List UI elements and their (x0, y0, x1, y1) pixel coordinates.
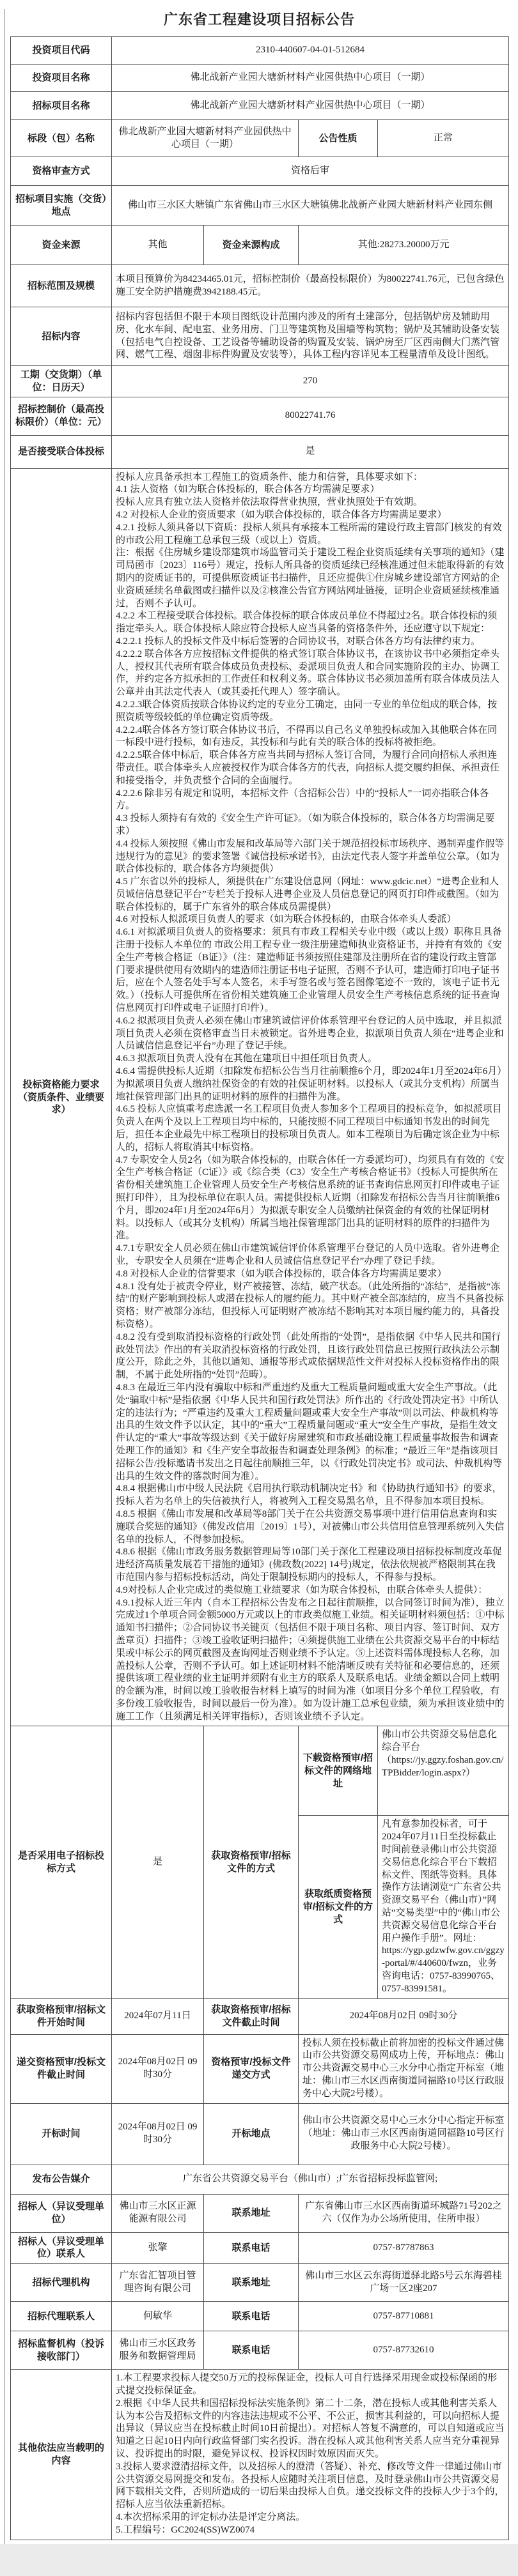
bid-opening-time-value: 2024年08月02日 09时30分 (112, 2103, 204, 2165)
row-tender-name: 招标项目名称 佛北战新产业园大塘新材料产业园供热中心项目（一期） (11, 92, 509, 120)
field-value: 1.本工程要求投标人提交50万元的投标保证金，投标人可自行选择采用现金或投标保函… (112, 2370, 509, 2540)
row-other-content: 其他依法应当载明的内容 1.本工程要求投标人提交50万元的投标保证金，投标人可自… (11, 2370, 509, 2540)
obtain-start-value: 2024年07月11日 (112, 1998, 204, 2034)
field-value: 佛北战新产业园大塘新材料产业园供热中心项目（一期） (112, 65, 509, 92)
row-project-code: 投资项目代码 2310-440607-04-01-512684 (11, 37, 509, 65)
field-label: 招标人（异议受理单位）联系人 (11, 2232, 112, 2264)
field-value: 2310-440607-04-01-512684 (112, 37, 509, 65)
paper-method-label: 获取纸质资格预审/招标文件的方式 (299, 1816, 378, 1998)
agency-phone-value: 0757-87710881 (299, 2302, 509, 2331)
field-value: 招标内容包括但不限于本项目图纸设计范围内涉及的所有土建部分，包括锅炉房及辅助用房… (112, 307, 509, 366)
field-label: 开标时间 (11, 2103, 112, 2165)
field-label: 获取资格预审/招标文件开始时间 (11, 1998, 112, 2034)
row-qualification-requirements: 投标资格能力要求（资质条件、业绩要求） 投标人应具备承担本工程施工的资质条件、能… (11, 468, 509, 1726)
field-value: 广东省公共资源交易平台（佛山市）;广东省招标投标监管网; (112, 2165, 509, 2194)
field-label: 投资项目代码 (11, 37, 112, 65)
field-value: 270 (112, 366, 509, 397)
bid-opening-place-value: 佛山市公共资源交易中心三水分中心指定开标室（地址：佛山市三水区西南街道同福路10… (299, 2103, 509, 2165)
page-title: 广东省工程建设项目招标公告 (10, 9, 508, 29)
agency-contact-name: 何敏华 (112, 2302, 204, 2331)
bid-opening-place-label: 开标地点 (204, 2103, 299, 2165)
supervision-phone-value: 0757-87732610 (299, 2331, 509, 2370)
field-value: 80022741.76 (112, 397, 509, 435)
e-bidding-value: 是 (112, 1726, 204, 1998)
field-label: 投资项目名称 (11, 65, 112, 92)
row-location: 招标项目实施（交货）地点 佛山市三水区大塘镇广东省佛山市三水区大塘镇佛北战新产业… (11, 186, 509, 226)
field-label: 招标人（异议受理单位） (11, 2194, 112, 2232)
field-value: 是 (112, 435, 509, 468)
field-label: 是否采用电子招标投标方式 (11, 1726, 112, 1998)
row-agency-contact: 招标代理联系人 何敏华 联系电话 0757-87710881 (11, 2302, 509, 2331)
row-consortium: 是否接受联合体投标 是 (11, 435, 509, 468)
row-content: 招标内容 招标内容包括但不限于本项目图纸设计范围内涉及的所有土建部分，包括锅炉房… (11, 307, 509, 366)
field-label: 招标内容 (11, 307, 112, 366)
obtain-deadline-value: 2024年08月02日 09时30分 (299, 1998, 509, 2034)
field-value: 佛山市三水区大塘镇广东省佛山市三水区大塘镇佛北战新产业园大塘新材料产业园东侧 (112, 186, 509, 226)
row-investment-name: 投资项目名称 佛北战新产业园大塘新材料产业园供热中心项目（一期） (11, 65, 509, 92)
field-label: 招标代理机构 (11, 2264, 112, 2302)
field-label: 招标项目名称 (11, 92, 112, 120)
tenderer-phone-label: 联系电话 (204, 2232, 299, 2264)
funding-composition-label: 资金来源构成 (204, 226, 299, 265)
row-section-name: 标段（包）名称 佛北战新产业园大塘新材料产业园供热中心项目（一期） 公告性质 正… (11, 120, 509, 157)
field-label: 招标监督机构（投诉接收部门） (11, 2331, 112, 2370)
field-value: 资格后审 (112, 157, 509, 186)
field-label: 招标控制价（最高投标限价）（单位：元） (11, 397, 112, 435)
agency-phone-label: 联系电话 (204, 2302, 299, 2331)
field-label: 发布公告媒介 (11, 2165, 112, 2194)
field-label: 招标代理联系人 (11, 2302, 112, 2331)
supervision-phone-label: 联系电话 (204, 2331, 299, 2370)
announcement-table: 投资项目代码 2310-440607-04-01-512684 投资项目名称 佛… (10, 36, 509, 2540)
field-label: 标段（包）名称 (11, 120, 112, 157)
field-label: 资格审查方式 (11, 157, 112, 186)
row-tenderer-contact: 招标人（异议受理单位）联系人 张擎 联系电话 0757-87787863 (11, 2232, 509, 2264)
agency-address-label: 联系地址 (204, 2264, 299, 2302)
announcement-page: 广东省工程建设项目招标公告 投资项目代码 2310-440607-04-01-5… (0, 9, 518, 2576)
page-bottom-strip (0, 2544, 518, 2576)
submission-method-label: 资格预审/投标文件递交方式 (204, 2034, 299, 2103)
row-media: 发布公告媒介 广东省公共资源交易平台（佛山市）;广东省招标投标监管网; (11, 2165, 509, 2194)
paper-method-value: 凡有意参加投标者，可于2024年07月11日至投标截止时间前登录佛山市公共资源交… (378, 1816, 509, 1998)
supervision-name-value: 佛山市三水区政务服务和数据管理局 (112, 2331, 204, 2370)
notice-nature-label: 公告性质 (299, 120, 378, 157)
tenderer-address-value: 广东省佛山市三水区西南街道环城路71号202之六（仅作为办公场所使用，住所申报） (299, 2194, 509, 2232)
field-label: 递交资格预审/投标文件截止时间 (11, 2034, 112, 2103)
tenderer-address-label: 联系地址 (204, 2194, 299, 2232)
tenderer-contact-name: 张擎 (112, 2232, 204, 2264)
row-duration: 工期（交货期）（单位：日历天） 270 (11, 366, 509, 397)
tenderer-name-value: 佛山市三水区正源能源有限公司 (112, 2194, 204, 2232)
field-label: 工期（交货期）（单位：日历天） (11, 366, 112, 397)
row-control-price: 招标控制价（最高投标限价）（单位：元） 80022741.76 (11, 397, 509, 435)
field-label: 其他依法应当载明的内容 (11, 2370, 112, 2540)
download-address-label: 下载资格预审/招标文件的网络地址 (299, 1726, 378, 1816)
funding-composition-value: 其他:28273.20000万元 (299, 226, 509, 265)
field-value: 佛北战新产业园大塘新材料产业园供热中心项目（一期） (112, 120, 299, 157)
row-tenderer: 招标人（异议受理单位） 佛山市三水区正源能源有限公司 联系地址 广东省佛山市三水… (11, 2194, 509, 2232)
row-bid-opening: 开标时间 2024年08月02日 09时30分 开标地点 佛山市公共资源交易中心… (11, 2103, 509, 2165)
row-obtain-time: 获取资格预审/招标文件开始时间 2024年07月11日 获取资格预审/招标文件截… (11, 1998, 509, 2034)
field-value: 佛北战新产业园大塘新材料产业园供热中心项目（一期） (112, 92, 509, 120)
field-label: 招标项目实施（交货）地点 (11, 186, 112, 226)
row-e-bidding: 是否采用电子招标投标方式 是 获取资格预审/招标文件的方式 下载资格预审/招标文… (11, 1726, 509, 1816)
download-address-value: 佛山市公共资源交易信息化综合平台 （https://jy.ggzy.foshan… (378, 1726, 509, 1816)
row-agency: 招标代理机构 广东省汇智项目管理咨询有限公司 联系地址 佛山市三水区云东海街道驿… (11, 2264, 509, 2302)
page-left-border (4, 9, 5, 2544)
row-scope: 招标范围及规模 本项目预算价为84234465.01元，招标控制价（最高投标限价… (11, 265, 509, 307)
field-label: 招标范围及规模 (11, 265, 112, 307)
submission-method-value: 投标人须在投标截止前将加密的投标文件通过佛山市公共资源交易网成功上传，开标地点：… (299, 2034, 509, 2103)
row-qualification-review: 资格审查方式 资格后审 (11, 157, 509, 186)
tenderer-phone-value: 0757-87787863 (299, 2232, 509, 2264)
funding-source-value: 其他 (112, 226, 204, 265)
obtain-method-label: 获取资格预审/招标文件的方式 (204, 1726, 299, 1998)
agency-address-value: 佛山市三水区云东海街道驿北路5号云东海碧桂广场一区2座207 (299, 2264, 509, 2302)
row-supervision: 招标监督机构（投诉接收部门） 佛山市三水区政务服务和数据管理局 联系电话 075… (11, 2331, 509, 2370)
submission-deadline-value: 2024年08月02日 09时30分 (112, 2034, 204, 2103)
notice-nature-value: 正常 (378, 120, 509, 157)
field-label: 投标资格能力要求（资质条件、业绩要求） (11, 468, 112, 1726)
field-value: 投标人应具备承担本工程施工的资质条件、能力和信誉，具体要求如下： 4.1 法人资… (112, 468, 509, 1726)
row-submission: 递交资格预审/投标文件截止时间 2024年08月02日 09时30分 资格预审/… (11, 2034, 509, 2103)
field-value: 本项目预算价为84234465.01元，招标控制价（最高投标限价）为800227… (112, 265, 509, 307)
agency-name-value: 广东省汇智项目管理咨询有限公司 (112, 2264, 204, 2302)
field-label: 是否接受联合体投标 (11, 435, 112, 468)
obtain-deadline-label: 获取资格预审/招标文件截止时间 (204, 1998, 299, 2034)
row-funding: 资金来源 其他 资金来源构成 其他:28273.20000万元 (11, 226, 509, 265)
field-label: 资金来源 (11, 226, 112, 265)
